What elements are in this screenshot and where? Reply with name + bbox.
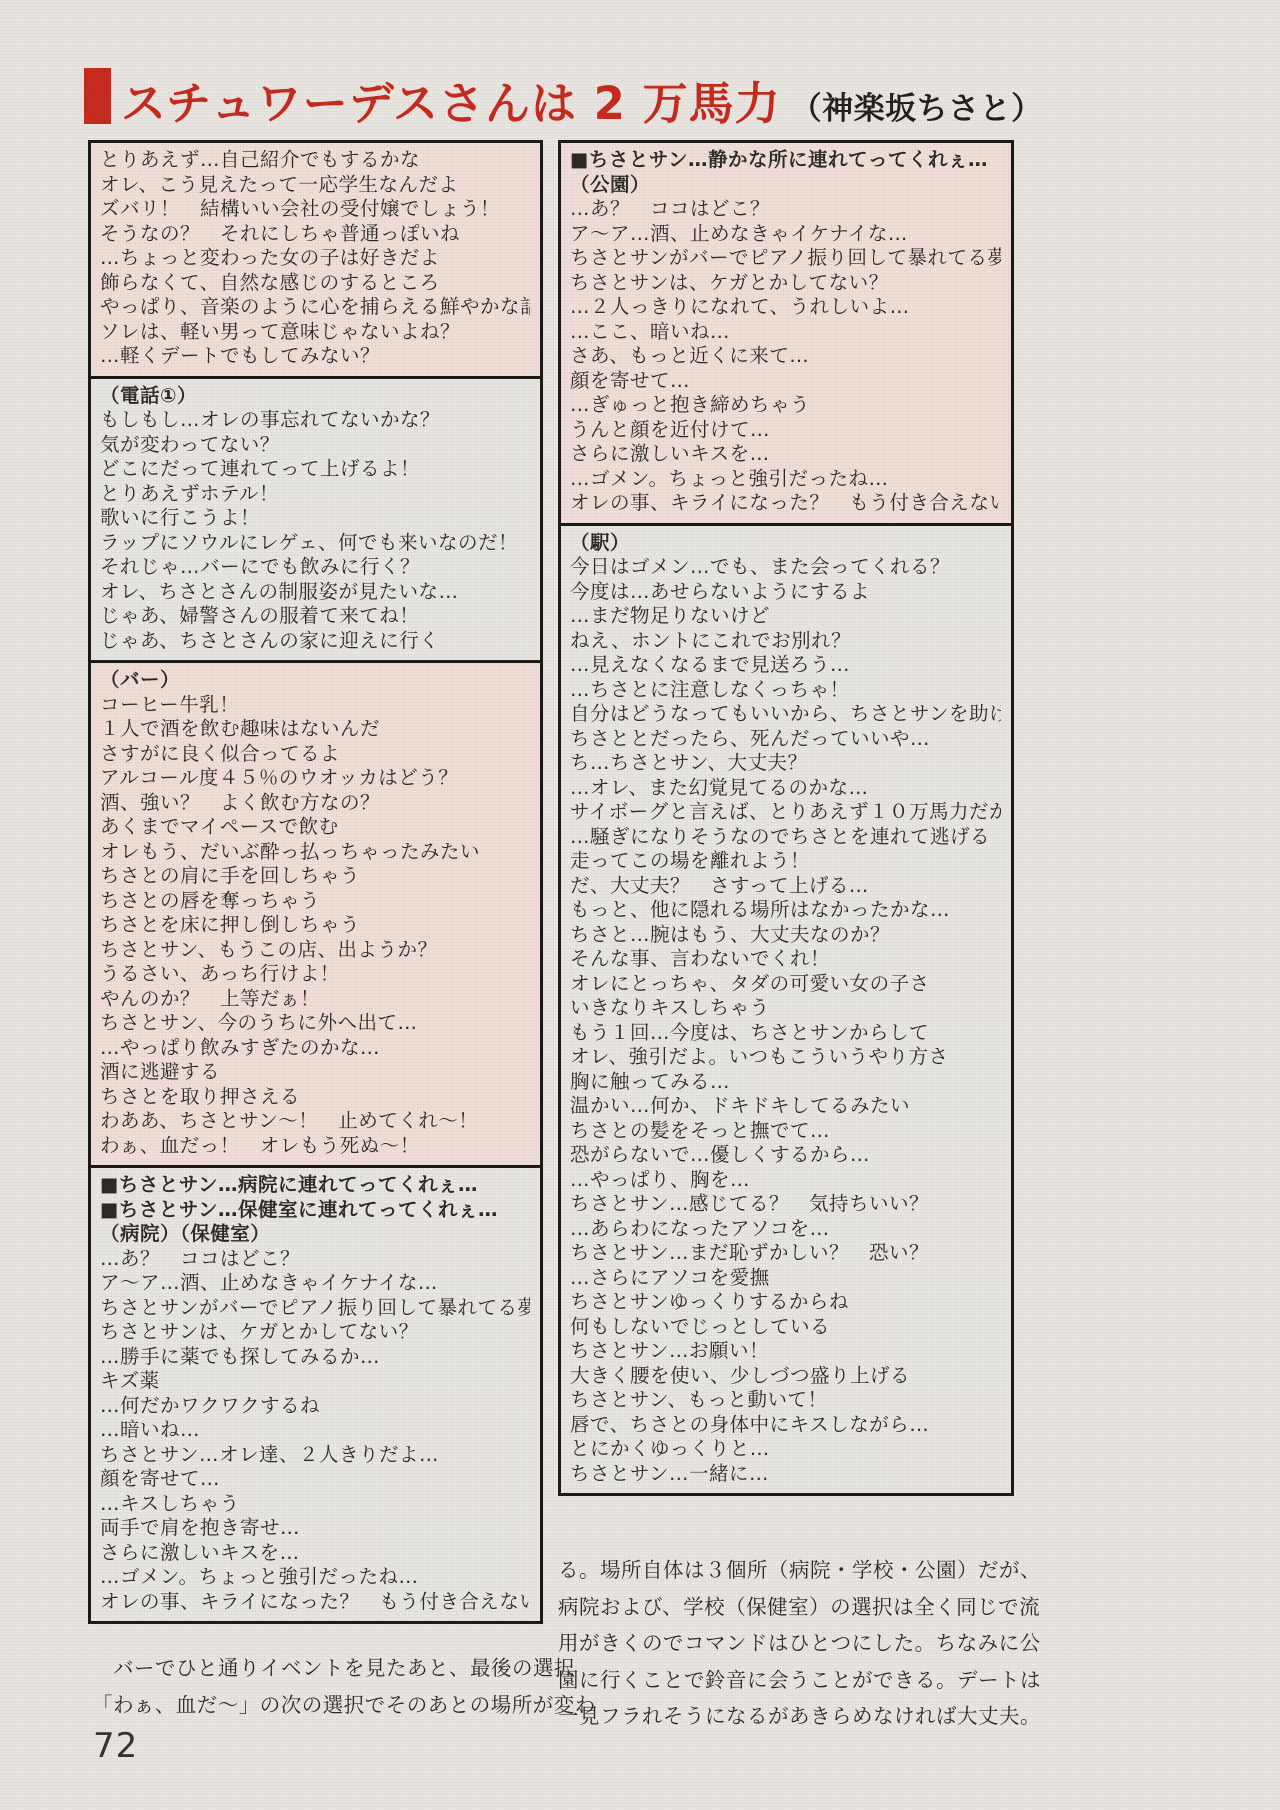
dialogue-line: 唇で、ちさとの身体中にキスしながら… (570, 1413, 1001, 1438)
dialogue-line: とにかくゆっくりと… (570, 1437, 1001, 1462)
section-header: （病院）（保健室） (100, 1222, 530, 1247)
dialogue-line: もしもし…オレの事忘れてないかな？ (100, 408, 530, 433)
note-paragraph-right: る。場所自体は３個所（病院・学校・公園）だが、病院および、学校（保健室）の選択は… (558, 1552, 1016, 1735)
dialogue-line: だ、大丈夫？ さすって上げる… (570, 874, 1001, 899)
dialogue-line: うんと顔を近付けて… (570, 418, 1001, 443)
dialogue-line: …ぎゅっと抱き締めちゃう (570, 393, 1001, 418)
note-line: 「わぁ、血だ～」の次の選択でそのあとの場所が変わ (92, 1687, 550, 1724)
dialogue-section: ■ちさとサン…静かな所に連れてってくれぇ…（公園）…あ？ ココはどこ？ア～ア…酒… (561, 143, 1011, 523)
dialogue-line: やっぱり、音楽のように心を捕らえる鮮やかな話術？ (100, 295, 530, 320)
dialogue-line: じゃあ、婦警さんの服着て来てね！ (100, 604, 530, 629)
dialogue-line: …あらわになったアソコを… (570, 1217, 1001, 1242)
dialogue-line: …あ？ ココはどこ？ (100, 1247, 530, 1272)
dialogue-line: 顔を寄せて… (100, 1467, 530, 1492)
note-line: 園に行くことで鈴音に会うことができる。デートは (558, 1662, 1016, 1699)
dialogue-line: やんのか？ 上等だぁ！ (100, 987, 530, 1012)
dialogue-line: とりあえず…自己紹介でもするかな (100, 148, 530, 173)
article-title-row: スチュワーデスさんは 2 万馬力 （神楽坂ちさと） (84, 68, 1043, 126)
dialogue-line: ズバリ！ 結構いい会社の受付嬢でしょう！ (100, 197, 530, 222)
dialogue-line: ラップにソウルにレゲェ、何でも来いなのだ！ (100, 531, 530, 556)
article-title: スチュワーデスさんは 2 万馬力 (121, 81, 781, 126)
section-header: （電話①） (100, 384, 530, 409)
dialogue-line: コーヒー牛乳！ (100, 693, 530, 718)
dialogue-line: 酒に逃避する (100, 1060, 530, 1085)
dialogue-line: もっと、他に隠れる場所はなかったかな… (570, 898, 1001, 923)
dialogue-line: ソレは、軽い男って意味じゃないよね？ (100, 320, 530, 345)
note-line: 病院および、学校（保健室）の選択は全く同じで流 (558, 1589, 1016, 1626)
dialogue-line: わああ、ちさとサン～！ 止めてくれ～！ (100, 1109, 530, 1134)
dialogue-line: ち…ちさとサン、大丈夫？ (570, 751, 1001, 776)
dialogue-line: 歌いに行こうよ！ (100, 506, 530, 531)
note-line: 用がきくのでコマンドはひとつにした。ちなみに公 (558, 1625, 1016, 1662)
dialogue-section: （電話①）もしもし…オレの事忘れてないかな？気が変わってない？どこにだって連れて… (91, 376, 540, 661)
dialogue-line: 恐がらないで…優しくするから… (570, 1143, 1001, 1168)
dialogue-line: 両手で肩を抱き寄せ… (100, 1516, 530, 1541)
dialogue-line: オレ、ちさとさんの制服姿が見たいな… (100, 580, 530, 605)
dialogue-line: 今日はゴメン…でも、また会ってくれる？ (570, 555, 1001, 580)
section-header: ■ちさとサン…病院に連れてってくれぇ… (100, 1173, 530, 1198)
dialogue-line: ちさとサン…感じてる？ 気持ちいい？ (570, 1192, 1001, 1217)
dialogue-line: ちさとサン、もっと動いて！ (570, 1388, 1001, 1413)
dialogue-line: ねえ、ホントにこれでお別れ？ (570, 629, 1001, 654)
dialogue-line: わぁ、血だっ！ オレもう死ぬ～！ (100, 1134, 530, 1159)
dialogue-line: …まだ物足りないけど (570, 604, 1001, 629)
dialogue-line: 顔を寄せて… (570, 369, 1001, 394)
dialogue-line: いきなりキスしちゃう (570, 996, 1001, 1021)
dialogue-line: ちさとサンがバーでピアノ振り回して暴れてる夢 (100, 1296, 530, 1321)
dialogue-section: とりあえず…自己紹介でもするかなオレ、こう見えたって一応学生なんだよズバリ！ 結… (91, 143, 540, 376)
dialogue-line: …あ？ ココはどこ？ (570, 197, 1001, 222)
note-paragraph-left: バーでひと通りイベントを見たあと、最後の選択「わぁ、血だ～」の次の選択でそのあと… (92, 1650, 550, 1723)
dialogue-line: ちさとサンは、ケガとかしてない？ (100, 1320, 530, 1345)
note-line: バーでひと通りイベントを見たあと、最後の選択 (92, 1650, 550, 1687)
dialogue-line: ア～ア…酒、止めなきゃイケナイな… (570, 222, 1001, 247)
dialogue-line: ちさとサン…お願い！ (570, 1339, 1001, 1364)
dialogue-line: それじゃ…バーにでも飲みに行く？ (100, 555, 530, 580)
section-header: ■ちさとサン…保健室に連れてってくれぇ… (100, 1198, 530, 1223)
dialogue-line: …軽くデートでもしてみない？ (100, 344, 530, 369)
dialogue-section: （駅）今日はゴメン…でも、また会ってくれる？今度は…あせらないようにするよ…まだ… (561, 523, 1011, 1494)
dialogue-line: …ここ、暗いね… (570, 320, 1001, 345)
section-header: ■ちさとサン…静かな所に連れてってくれぇ… (570, 148, 1001, 173)
dialogue-line: ちさとサン、今のうちに外へ出て… (100, 1011, 530, 1036)
note-line: 一見フラれそうになるがあきらめなければ大丈夫。 (558, 1698, 1016, 1735)
dialogue-line: ちさとサンゆっくりするからね (570, 1290, 1001, 1315)
dialogue-column-left: とりあえず…自己紹介でもするかなオレ、こう見えたって一応学生なんだよズバリ！ 結… (88, 140, 543, 1624)
dialogue-line: どこにだって連れてって上げるよ！ (100, 457, 530, 482)
dialogue-line: 自分はどうなってもいいから、ちさとサンを助ける (570, 702, 1001, 727)
dialogue-line: …キスしちゃう (100, 1492, 530, 1517)
dialogue-line: ちさとの髪をそっと撫でて… (570, 1119, 1001, 1144)
dialogue-line: ちさとサン…オレ達、２人きりだよ… (100, 1443, 530, 1468)
dialogue-line: オレにとっちゃ、タダの可愛い女の子さ (570, 972, 1001, 997)
dialogue-line: 大きく腰を使い、少しづつ盛り上げる (570, 1364, 1001, 1389)
dialogue-line: １人で酒を飲む趣味はないんだ (100, 717, 530, 742)
dialogue-line: うるさい、あっち行けよ！ (100, 962, 530, 987)
dialogue-line: オレ、こう見えたって一応学生なんだよ (100, 173, 530, 198)
dialogue-section: （バー）コーヒー牛乳！１人で酒を飲む趣味はないんださすがに良く似合ってるよアルコ… (91, 660, 540, 1165)
dialogue-line: アルコール度４５％のウオッカはどう？ (100, 766, 530, 791)
dialogue-line: 温かい…何か、ドキドキしてるみたい (570, 1094, 1001, 1119)
dialogue-line: …やっぱり飲みすぎたのかな… (100, 1036, 530, 1061)
dialogue-line: …さらにアソコを愛撫 (570, 1266, 1001, 1291)
dialogue-line: 何もしないでじっとしている (570, 1315, 1001, 1340)
dialogue-line: じゃあ、ちさとさんの家に迎えに行く (100, 629, 530, 654)
dialogue-line: …騒ぎになりそうなのでちさとを連れて逃げる (570, 825, 1001, 850)
dialogue-line: オレもう、だいぶ酔っ払っちゃったみたい (100, 840, 530, 865)
dialogue-line: …２人っきりになれて、うれしいよ… (570, 295, 1001, 320)
title-block-icon (84, 68, 111, 124)
section-header: （バー） (100, 668, 530, 693)
dialogue-line: 走ってこの場を離れよう！ (570, 849, 1001, 874)
dialogue-line: ちさとサン…まだ恥ずかしい？ 恐い？ (570, 1241, 1001, 1266)
dialogue-section: ■ちさとサン…病院に連れてってくれぇ…■ちさとサン…保健室に連れてってくれぇ…（… (91, 1165, 540, 1621)
dialogue-line: …暗いね… (100, 1418, 530, 1443)
dialogue-line: …ゴメン。ちょっと強引だったね… (100, 1565, 530, 1590)
dialogue-line: ア～ア…酒、止めなきゃイケナイな… (100, 1271, 530, 1296)
dialogue-line: ちさとを取り押さえる (100, 1085, 530, 1110)
dialogue-line: そんな事、言わないでくれ！ (570, 947, 1001, 972)
dialogue-line: さあ、もっと近くに来て… (570, 344, 1001, 369)
section-header: （駅） (570, 531, 1001, 556)
dialogue-line: ちさとの唇を奪っちゃう (100, 889, 530, 914)
dialogue-line: …ちさとに注意しなくっちゃ！ (570, 678, 1001, 703)
dialogue-line: …勝手に薬でも探してみるか… (100, 1345, 530, 1370)
dialogue-line: 飾らなくて、自然な感じのするところ (100, 271, 530, 296)
dialogue-line: 気が変わってない？ (100, 433, 530, 458)
magazine-page: スチュワーデスさんは 2 万馬力 （神楽坂ちさと） とりあえず…自己紹介でもする… (0, 0, 1280, 1810)
dialogue-line: ちさと…腕はもう、大丈夫なのか？ (570, 923, 1001, 948)
dialogue-line: 酒、強い？ よく飲む方なの？ (100, 791, 530, 816)
dialogue-column-right: ■ちさとサン…静かな所に連れてってくれぇ…（公園）…あ？ ココはどこ？ア～ア…酒… (558, 140, 1014, 1496)
dialogue-line: とりあえずホテル！ (100, 482, 530, 507)
dialogue-line: さらに激しいキスを… (100, 1541, 530, 1566)
dialogue-line: ちさとを床に押し倒しちゃう (100, 913, 530, 938)
dialogue-line: …ゴメン。ちょっと強引だったね… (570, 467, 1001, 492)
note-line: る。場所自体は３個所（病院・学校・公園）だが、 (558, 1552, 1016, 1589)
dialogue-line: もう１回…今度は、ちさとサンからして (570, 1021, 1001, 1046)
dialogue-line: ちさとサンは、ケガとかしてない？ (570, 271, 1001, 296)
dialogue-line: オレの事、キライになった？ もう付き合えない？ (570, 491, 1001, 516)
dialogue-line: オレの事、キライになった？ もう付き合えない？ (100, 1590, 530, 1615)
dialogue-line: 今度は…あせらないようにするよ (570, 580, 1001, 605)
dialogue-line: ちさととだったら、死んだっていいや… (570, 727, 1001, 752)
dialogue-line: サイボーグと言えば、とりあえず１０万馬力だから (570, 800, 1001, 825)
section-header: （公園） (570, 173, 1001, 198)
dialogue-line: 胸に触ってみる… (570, 1070, 1001, 1095)
dialogue-line: そうなの？ それにしちゃ普通っぽいね (100, 222, 530, 247)
page-number: 72 (93, 1726, 138, 1766)
dialogue-line: …やっぱり、胸を… (570, 1168, 1001, 1193)
dialogue-line: さらに激しいキスを… (570, 442, 1001, 467)
dialogue-line: さすがに良く似合ってるよ (100, 742, 530, 767)
dialogue-line: ちさとサン…一緒に… (570, 1462, 1001, 1487)
dialogue-line: …何だかワクワクするね (100, 1394, 530, 1419)
article-author: （神楽坂ちさと） (791, 92, 1043, 126)
dialogue-line: ちさとサン、もうこの店、出ようか？ (100, 938, 530, 963)
dialogue-line: …オレ、また幻覚見てるのかな… (570, 776, 1001, 801)
dialogue-line: …ちょっと変わった女の子は好きだよ (100, 246, 530, 271)
dialogue-line: …見えなくなるまで見送ろう… (570, 653, 1001, 678)
dialogue-line: キズ薬 (100, 1369, 530, 1394)
dialogue-line: ちさとサンがバーでピアノ振り回して暴れてる夢 (570, 246, 1001, 271)
dialogue-line: ちさとの肩に手を回しちゃう (100, 864, 530, 889)
dialogue-line: オレ、強引だよ。いつもこういうやり方さ (570, 1045, 1001, 1070)
dialogue-line: あくまでマイペースで飲む (100, 815, 530, 840)
